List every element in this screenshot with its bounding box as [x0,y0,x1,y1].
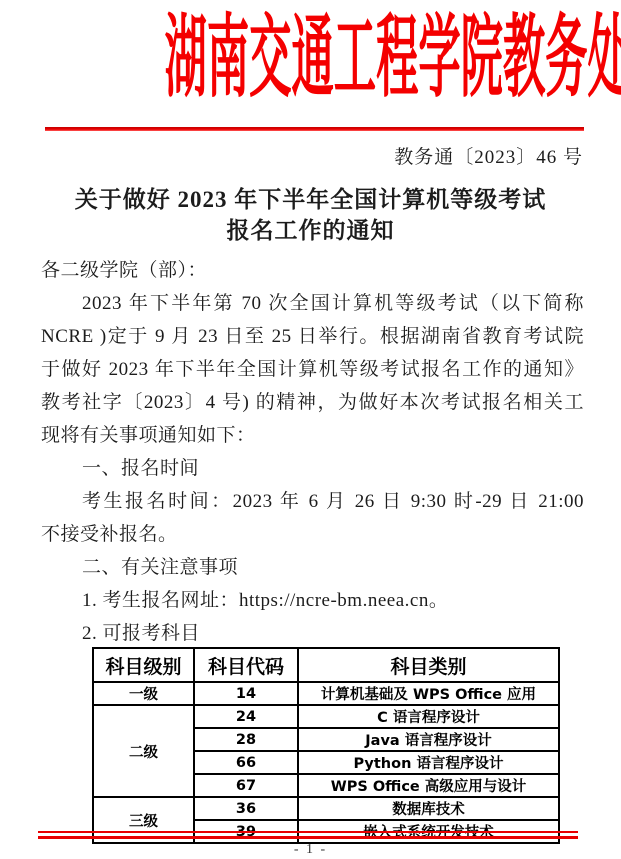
page-number: - 1 - [0,840,621,859]
table-cell-code: 24 [194,705,298,728]
table-header-name: 科目类别 [298,648,559,682]
table-cell-name: Python 语言程序设计 [298,751,559,774]
document-page: 湖南交通工程学院教务处 教务通〔2023〕46 号 关于做好 2023 年下半年… [0,0,621,859]
body-line: 教考社字〔2023〕4 号) 的精神，为做好本次考试报名相关工作， [41,386,584,419]
table-row: 三级 36 数据库技术 [93,797,559,820]
subjects-intro-line: 2. 可报考科目 [41,617,584,650]
document-title: 关于做好 2023 年下半年全国计算机等级考试 报名工作的通知 [0,184,621,246]
table-cell-level: 一级 [93,682,194,705]
table-header-row: 科目级别 科目代码 科目类别 [93,648,559,682]
footer-red-rule [38,831,578,839]
section-1-heading: 一、报名时间 [41,452,584,485]
table-cell-name: WPS Office 高级应用与设计 [298,774,559,797]
table-cell-level: 二级 [93,705,194,797]
table-row: 二级 24 C 语言程序设计 [93,705,559,728]
table-header-code: 科目代码 [194,648,298,682]
salutation-line: 各二级学院（部）： [41,254,584,287]
table-cell-name: Java 语言程序设计 [298,728,559,751]
table-row: 一级 14 计算机基础及 WPS Office 应用 [93,682,559,705]
table-cell-code: 14 [194,682,298,705]
body-line: 考生报名时间：2023 年 6 月 26 日 9:30 时-29 日 21:00… [41,485,584,518]
table-cell-code: 28 [194,728,298,751]
body-line: 2023 年下半年第 70 次全国计算机等级考试（以下简称 [41,287,584,320]
document-body: 各二级学院（部）： 2023 年下半年第 70 次全国计算机等级考试（以下简称 … [41,254,584,650]
table-header-level: 科目级别 [93,648,194,682]
body-line: 现将有关事项通知如下： [41,419,584,452]
body-line: 于做好 2023 年下半年全国计算机等级考试报名工作的通知》(湘 [41,353,584,386]
registration-url-line: 1. 考生报名网址：https://ncre-bm.neea.cn。 [41,584,584,617]
section-2-heading: 二、有关注意事项 [41,551,584,584]
document-number: 教务通〔2023〕46 号 [394,146,583,170]
letterhead-org-name: 湖南交通工程学院教务处 [165,11,457,106]
table-cell-name: 数据库技术 [298,797,559,820]
subject-table: 科目级别 科目代码 科目类别 一级 14 计算机基础及 WPS Office 应… [92,647,560,844]
document-title-line2: 报名工作的通知 [227,218,395,243]
body-line: 不接受补报名。 [41,518,584,551]
table-cell-name: 计算机基础及 WPS Office 应用 [298,682,559,705]
document-title-line1: 关于做好 2023 年下半年全国计算机等级考试 [75,187,547,212]
table-cell-code: 67 [194,774,298,797]
letterhead-red-rule [45,127,584,131]
table-cell-code: 66 [194,751,298,774]
table-cell-code: 36 [194,797,298,820]
body-line: NCRE )定于 9 月 23 日至 25 日举行。根据湖南省教育考试院《关 [41,320,584,353]
table-cell-name: C 语言程序设计 [298,705,559,728]
